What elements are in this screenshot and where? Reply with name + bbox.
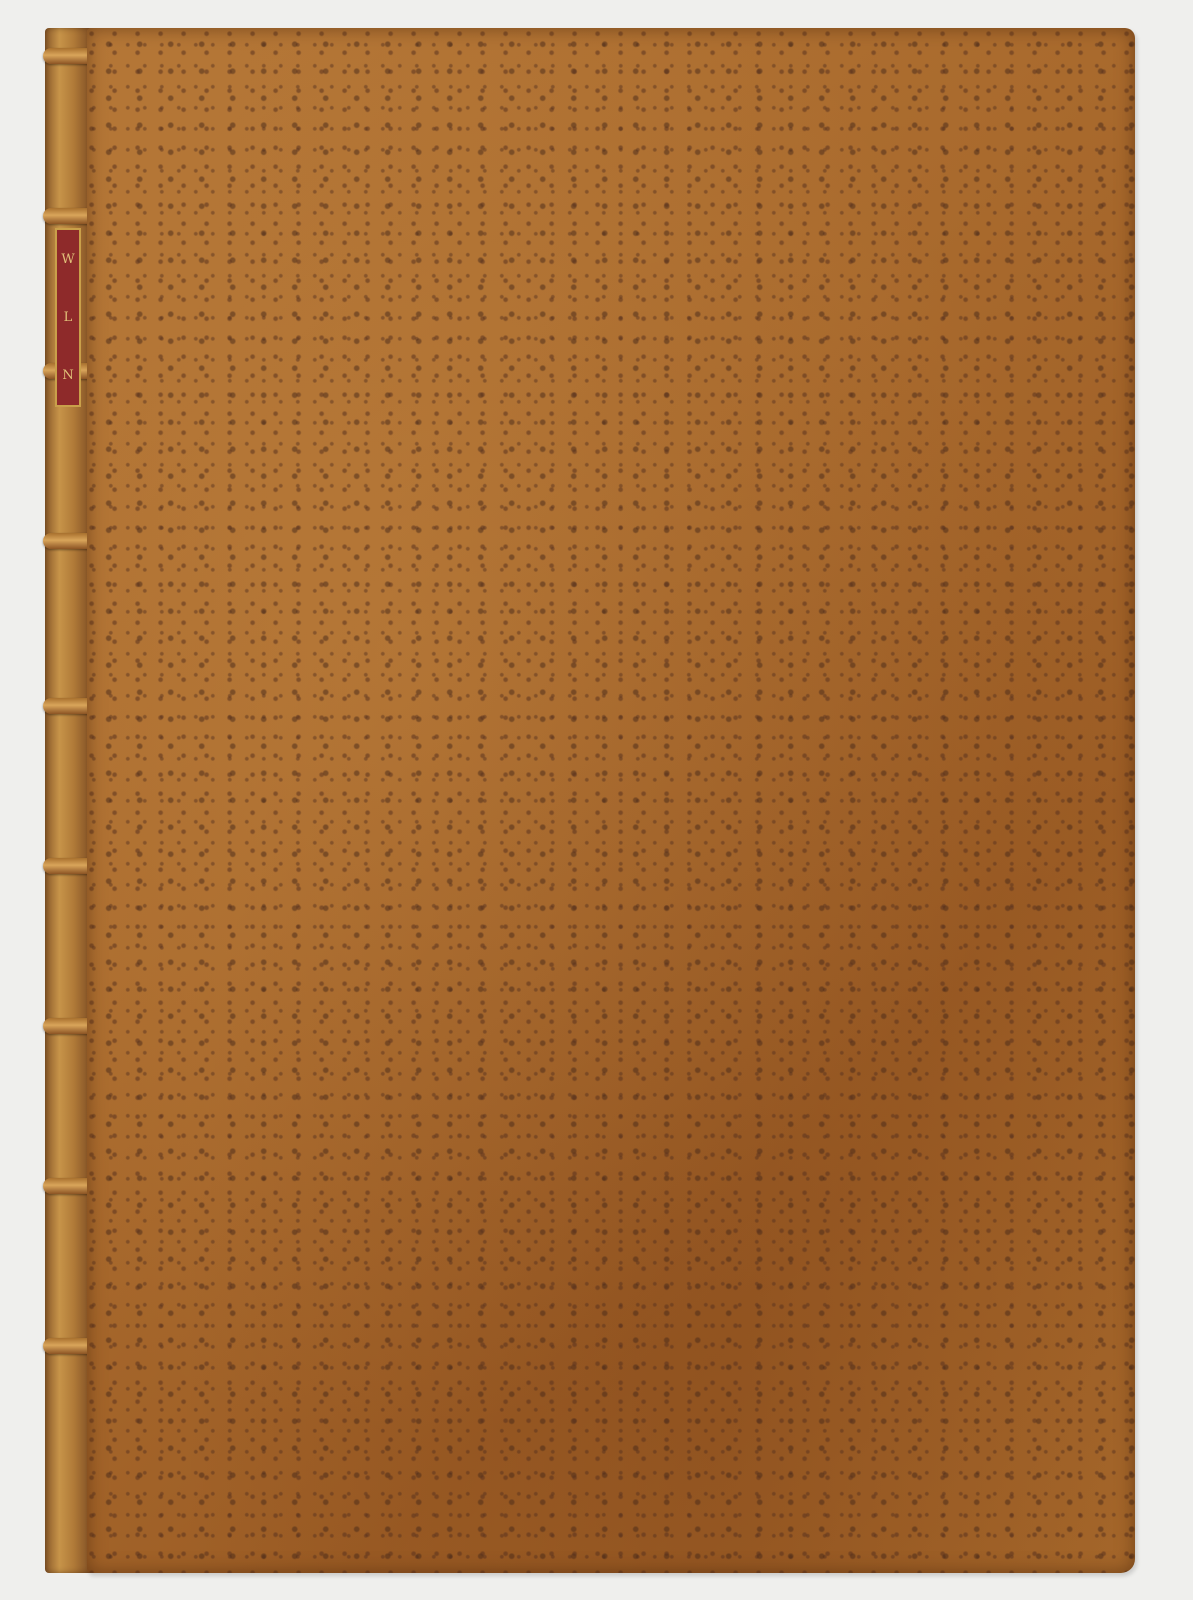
front-cover [87,28,1135,1573]
book: W L N [45,28,1135,1573]
spine-letter: W [61,252,74,267]
book-spine: W L N [45,28,93,1573]
spine-letter: L [64,310,73,325]
spine-label: W L N [55,228,81,407]
spine-letter: N [62,368,73,383]
